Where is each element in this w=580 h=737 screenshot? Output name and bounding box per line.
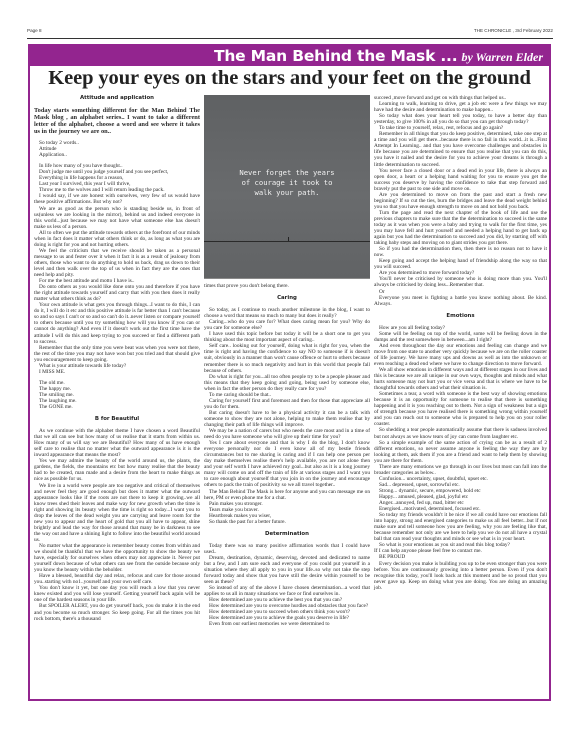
quote-text: Never forget the years of courage it too… bbox=[204, 168, 370, 198]
paragraph: So a simple example of the same action o… bbox=[374, 440, 547, 464]
column-banner: The Man Behind the Mask ... by Warren El… bbox=[30, 46, 549, 66]
paragraph: So today what does your heart tell you t… bbox=[374, 113, 547, 125]
paragraph: Self care.. looking out for yourself, do… bbox=[204, 343, 370, 373]
paragraph: You'll never be criticised by someone wh… bbox=[374, 276, 547, 288]
paragraph: So today my friends wouldn't it be nice … bbox=[374, 512, 547, 542]
article-frame: The Man Behind the Mask ... by Warren El… bbox=[28, 44, 551, 701]
paragraph: The Man Behind The Mask is here for anyo… bbox=[204, 489, 370, 501]
article-headline: Keep your eyes on the stars and your fee… bbox=[30, 67, 549, 90]
section-heading-determination: Determination bbox=[204, 531, 370, 537]
column-byline: by Warren Elder bbox=[461, 50, 543, 64]
paragraph: So if you had the determination then, th… bbox=[374, 246, 547, 258]
paragraph: We are as good as the person who is stan… bbox=[34, 206, 200, 230]
quote-line: of courage it took to bbox=[204, 178, 370, 188]
column-2: Never forget the years of courage it too… bbox=[204, 95, 370, 627]
paragraph: You never face a closed door or a dead e… bbox=[374, 168, 547, 192]
paragraph: We all show emotions in different ways a… bbox=[374, 367, 547, 391]
paragraph: Keep going and accept the helping hand o… bbox=[374, 258, 547, 270]
horizon-line bbox=[204, 241, 370, 242]
page-number: Page 8 bbox=[27, 28, 42, 33]
paragraph: There are many emotions we go through in… bbox=[374, 464, 547, 476]
paragraph: I would say, if we are honest with ourse… bbox=[34, 193, 200, 205]
paragraph: We may be a nation of carers but who nee… bbox=[204, 428, 370, 440]
paragraph: So shedding a tear people automatically … bbox=[374, 427, 547, 439]
paragraph: Everyone you meet is fighting a battle y… bbox=[374, 295, 547, 307]
paragraph: Even from our earliest memories we were … bbox=[204, 621, 370, 627]
paragraph: We feel the criticism that we receive sh… bbox=[34, 248, 200, 278]
paragraph: Have a blessed, beautiful day and relax,… bbox=[34, 573, 200, 585]
page-header: Page 8 THE CHRONICLE , 3rd February 2022 bbox=[27, 28, 553, 39]
quote-line: Never forget the years bbox=[204, 168, 370, 178]
list-line: So thank the past for a better future. bbox=[204, 519, 370, 525]
publication-date: THE CHRONICLE , 3rd February 2022 bbox=[474, 28, 553, 33]
paragraph: Are you determined to move on from the p… bbox=[374, 192, 547, 210]
paragraph: You don't know it yet, but one day you w… bbox=[34, 585, 200, 603]
paragraph: And even throughout the day our emotions… bbox=[374, 343, 547, 367]
paragraph: Do onto others as you would like done on… bbox=[34, 284, 200, 302]
paragraph: All to often we put the attitude towards… bbox=[34, 230, 200, 248]
paragraph: So today, as I continue to reach another… bbox=[204, 307, 370, 319]
quote-line: walk your path. bbox=[204, 188, 370, 198]
intro-paragraph: Today starts something different for the… bbox=[34, 107, 200, 135]
paragraph: Turn the page and read the next chapter … bbox=[374, 210, 547, 246]
quote-image: Never forget the years of courage it too… bbox=[204, 95, 370, 279]
paragraph: Your own attitude is what gets you throu… bbox=[34, 302, 200, 344]
paragraph: But caring doesn't have to be a physical… bbox=[204, 410, 370, 428]
paragraph: Some will be feeling on top of the world… bbox=[374, 331, 547, 343]
paragraph: Sometimes a tear, a word with someone is… bbox=[374, 391, 547, 427]
column-3: succeed ,move forward and get on with th… bbox=[374, 95, 547, 591]
section-heading-emotions: Emotions bbox=[374, 313, 547, 319]
paragraph: times that prove you don't belong there. bbox=[204, 283, 370, 289]
paragraph: I have used this topic before but today … bbox=[204, 331, 370, 343]
list-line: The GONE me. bbox=[34, 404, 200, 410]
paragraph: We live in a world were people are too n… bbox=[34, 483, 200, 543]
paragraph: But SPOILER ALERT, you do get yourself b… bbox=[34, 603, 200, 621]
section-heading-beautiful: B for Beautiful bbox=[34, 416, 200, 422]
paragraph: Caring for yourself first and foremost a… bbox=[204, 398, 370, 410]
paragraph: Learning to walk, learning to drive, get… bbox=[374, 101, 547, 113]
paragraph: Yes I care about everyone and that is wh… bbox=[204, 440, 370, 488]
paragraph: So instead of any of the above I have ch… bbox=[204, 585, 370, 597]
paragraph: Yes we may admire the beauty of the worl… bbox=[34, 458, 200, 482]
paragraph: Remember in all things that you do keep … bbox=[374, 131, 547, 167]
paragraph: Remember that the only time you were bea… bbox=[34, 345, 200, 363]
paragraph: Caring...who do you care for? What does … bbox=[204, 319, 370, 331]
paragraph: As we continue with the alphabet theme I… bbox=[34, 428, 200, 458]
paragraph: I MISS ME. bbox=[34, 369, 200, 375]
column-1: Attitude and application Today starts so… bbox=[34, 95, 200, 622]
column-title: The Man Behind the Mask ... bbox=[214, 47, 457, 65]
paragraph: No matter what the appearance is remembe… bbox=[34, 543, 200, 573]
paragraph: Do what is right for you...all too often… bbox=[204, 374, 370, 392]
section-heading-attitude: Attitude and application bbox=[34, 95, 200, 101]
paragraph: Dream, destination, dynamic, deserving, … bbox=[204, 555, 370, 585]
list-line: Application.. bbox=[34, 152, 200, 158]
section-heading-caring: Caring bbox=[204, 295, 370, 301]
paragraph: Today there was so many positive affirma… bbox=[204, 543, 370, 555]
walking-figure-icon bbox=[288, 237, 289, 241]
paragraph: Every decision you make is building you … bbox=[374, 561, 547, 591]
